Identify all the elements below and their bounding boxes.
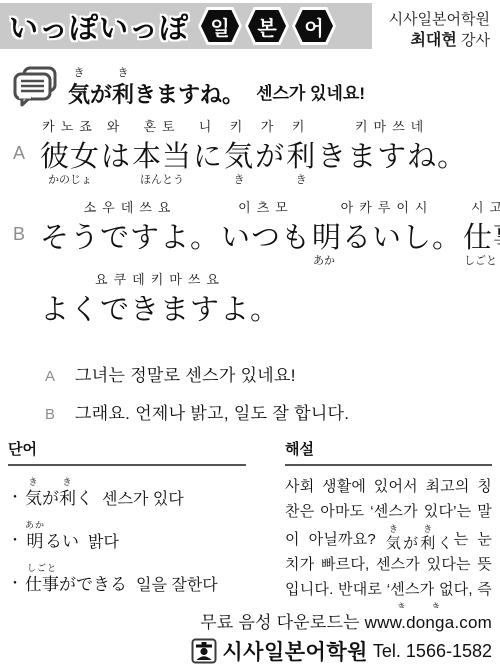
furigana: き [386, 524, 401, 534]
explanation-japanese: き気がき利く [385, 531, 454, 548]
korean-reading: 소우데쓰요 [40, 199, 220, 219]
ruby-segment: 키気き [224, 118, 254, 190]
speaker-label: A [45, 368, 75, 385]
furigana: しごと [25, 563, 59, 574]
furigana [76, 477, 93, 488]
instructor-name: 최대현 [410, 32, 456, 49]
speaker-label: B [13, 199, 40, 343]
ruby-segment: 니に [193, 118, 223, 190]
series-title: いっぽいっぽ [9, 6, 189, 47]
academy-name: 시사일본어학원 [372, 10, 490, 30]
ruby-segment: 이츠모いつも [221, 199, 311, 271]
japanese-text: 彼女 [40, 138, 100, 174]
ruby-segment: き気 [386, 524, 401, 552]
speaker-label: A [13, 118, 40, 190]
ruby-segment: き気 [68, 66, 90, 110]
japanese-text: 仕事も [463, 219, 500, 255]
korean-reading: 키 [286, 118, 316, 138]
furigana [221, 255, 311, 271]
badge-letter: 본 [248, 10, 286, 42]
japanese-text: きますね。 [317, 138, 467, 174]
translation-row: A 그녀는 정말로 센스가 있네요! [45, 361, 500, 386]
series-badge: 본 [245, 7, 289, 45]
explanation-heading: 해설 [285, 438, 492, 466]
instructor-role: 강사 [461, 32, 490, 49]
furigana: き [224, 174, 254, 190]
japanese-text: いつも [221, 219, 311, 255]
footer-tel: Tel. 1566-1582 [373, 641, 492, 662]
japanese-text: は [101, 138, 131, 174]
korean-reading: 이츠모 [221, 199, 311, 219]
academy-footer: 시사일본어학원 Tel. 1566-1582 [191, 636, 492, 666]
dialogue-line: 카노죠彼女かのじょ와は혼토本当ほんとう니に키気き가が키利き키마쓰네きますね。 [40, 118, 468, 190]
furigana: き [286, 174, 316, 190]
japanese-text: きますね。 [134, 80, 244, 110]
japanese-text: 仕事 [25, 574, 59, 597]
vocab-item: ・しごと仕事ができる일을 잘한다 [8, 563, 246, 597]
furigana: あか [312, 255, 462, 271]
korean-reading: 니 [193, 118, 223, 138]
korean-reading: 키마쓰네 [317, 118, 467, 138]
ruby-segment: き利 [420, 524, 435, 552]
japanese-text: 気 [386, 534, 401, 552]
korean-reading: 카노죠 [40, 118, 100, 138]
ruby-segment: 키마쓰네きますね。 [317, 118, 467, 190]
furigana: き [112, 66, 134, 80]
translation-row: B 그래요. 언제나 밝고, 일도 잘 합니다. [45, 399, 500, 424]
vocab-meaning: 센스가 있다 [102, 486, 184, 511]
japanese-text: 気 [224, 138, 254, 174]
korean-reading: 와 [101, 118, 131, 138]
japanese-text: が [42, 488, 59, 511]
ruby-segment: 시고토모仕事もしごと [463, 199, 500, 271]
japanese-text: に [193, 138, 223, 174]
dialogue-line: 요쿠데키마쓰요よくできますよ。 [40, 271, 500, 343]
translation-text: 그녀는 정말로 센스가 있네요! [75, 361, 296, 386]
furigana [317, 174, 467, 190]
download-url: www.donga.com [365, 613, 492, 632]
lesson-page: いっぽいっぽ 일본어 시사일본어학원 최대현 강사 き気がき利きますね。 센스가… [0, 3, 500, 667]
ruby-segment: 소우데쓰요そうですよ。 [40, 199, 220, 271]
bullet: ・ [8, 530, 25, 554]
vocab-list: ・き気がき利く센스가 있다・あか明るい밝다・しごと仕事ができる일을 잘한다 [8, 477, 246, 597]
furigana: き [420, 524, 435, 534]
vocab-item: ・あか明るい밝다 [8, 520, 246, 554]
vocab-japanese: しごと仕事ができる [25, 563, 127, 597]
ruby-segment: 가が [255, 118, 285, 190]
furigana [403, 524, 418, 534]
translations: A 그녀는 정말로 센스가 있네요! B 그래요. 언제나 밝고, 일도 잘 합… [0, 361, 500, 424]
furigana: き [25, 477, 42, 488]
ruby-segment: しごと仕事 [25, 563, 59, 597]
furigana: き [68, 66, 90, 80]
vocab-meaning: 일을 잘한다 [136, 572, 218, 597]
japanese-text: が [255, 138, 285, 174]
masthead-bar: いっぽいっぽ 일본어 [0, 3, 372, 49]
furigana [40, 255, 220, 271]
dialogue-lines: 소우데쓰요そうですよ。이츠모いつも아카루이시明るいし。あか시고토모仕事もしごと요… [40, 199, 500, 343]
instructor-line: 최대현 강사 [372, 30, 490, 52]
series-badge: 어 [292, 7, 336, 45]
ruby-segment: 아카루이시明るいし。あか [312, 199, 462, 271]
scholar-logo-icon [191, 638, 217, 664]
korean-reading: 시고토모 [463, 199, 500, 219]
footer-academy-name: 시사일본어학원 [222, 636, 368, 666]
bullet: ・ [8, 573, 25, 597]
dialogue-entry: A카노죠彼女かのじょ와は혼토本当ほんとう니に키気き가が키利き키마쓰네きますね。 [13, 118, 500, 190]
japanese-text: く [437, 534, 452, 552]
ruby-segment: く [437, 524, 452, 552]
badge-letter: 어 [295, 10, 333, 42]
japanese-text: 気 [68, 80, 90, 110]
ruby-segment: が [90, 66, 112, 110]
japanese-text: 明るいし。 [312, 219, 462, 255]
ruby-segment: 와は [101, 118, 131, 190]
key-phrase: き気がき利きますね。 센스가 있네요! [0, 65, 500, 110]
furigana [40, 327, 280, 343]
furigana [101, 174, 131, 190]
korean-reading: 요쿠데키마쓰요 [40, 271, 280, 291]
dialogue-lines: 카노죠彼女かのじょ와は혼토本当ほんとう니に키気き가が키利き키마쓰네きますね。 [40, 118, 468, 190]
japanese-text: 利 [420, 534, 435, 552]
bullet: ・ [8, 487, 25, 511]
series-badges: 일본어 [198, 7, 336, 45]
series-badge: 일 [198, 7, 242, 45]
japanese-text: 気 [25, 488, 42, 511]
vocab-heading: 단어 [8, 438, 246, 466]
ruby-segment: き利 [112, 66, 134, 110]
ruby-segment: き気 [25, 477, 42, 511]
download-info: 무료 음성 다운로드는 www.donga.com [191, 608, 492, 633]
ruby-segment: 키利き [286, 118, 316, 190]
furigana [42, 477, 59, 488]
ruby-segment: ができる [59, 563, 127, 597]
masthead: いっぽいっぽ 일본어 시사일본어학원 최대현 강사 [0, 3, 500, 52]
ruby-segment: く [76, 477, 93, 511]
furigana [45, 520, 79, 531]
ruby-segment: るい [45, 520, 79, 554]
japanese-text: 明 [25, 531, 45, 554]
translation-text: 그래요. 언제나 밝고, 일도 잘 합니다. [75, 399, 349, 424]
vocab-japanese: あか明るい [25, 520, 79, 554]
speaker-label: B [45, 406, 75, 423]
korean-reading: 혼토 [132, 118, 192, 138]
ruby-segment: 요쿠데키마쓰요よくできますよ。 [40, 271, 280, 343]
furigana [255, 174, 285, 190]
furigana: ほんとう [132, 174, 192, 190]
furigana [437, 524, 452, 534]
japanese-text: 本当 [132, 138, 192, 174]
japanese-text: ができる [59, 574, 127, 597]
vocab-item: ・き気がき利く센스가 있다 [8, 477, 246, 511]
ruby-segment: あか明 [25, 520, 45, 554]
japanese-text: く [76, 488, 93, 511]
download-label: 무료 음성 다운로드는 [200, 613, 359, 632]
japanese-text: よくできますよ。 [40, 291, 280, 327]
speech-bubbles-icon [12, 65, 58, 107]
japanese-text: が [90, 80, 112, 110]
ruby-segment: が [42, 477, 59, 511]
furigana: あか [25, 520, 45, 531]
ruby-segment: 혼토本当ほんとう [132, 118, 192, 190]
dialogue: A카노죠彼女かのじょ와は혼토本当ほんとう니に키気き가が키利き키마쓰네きますね。B… [0, 118, 500, 343]
japanese-text: るい [45, 531, 79, 554]
footer: 무료 음성 다운로드는 www.donga.com 시사일본어학원 Tel. 1… [191, 608, 492, 666]
furigana [134, 66, 244, 80]
korean-reading: 키 [224, 118, 254, 138]
japanese-text: が [403, 534, 418, 552]
vocab-japanese: き気がき利く [25, 477, 93, 511]
badge-letter: 일 [201, 10, 239, 42]
credit-block: 시사일본어학원 최대현 강사 [372, 3, 500, 52]
ruby-segment: が [403, 524, 418, 552]
japanese-text: 利 [59, 488, 76, 511]
korean-reading: 가 [255, 118, 285, 138]
ruby-segment: きますね。 [134, 66, 244, 110]
key-phrase-japanese: き気がき利きますね。 [68, 66, 244, 110]
ruby-segment: き利 [59, 477, 76, 511]
ruby-segment: 카노죠彼女かのじょ [40, 118, 100, 190]
vocab-meaning: 밝다 [88, 529, 119, 554]
furigana: かのじょ [40, 174, 100, 190]
furigana [90, 66, 112, 80]
furigana: しごと [463, 255, 500, 271]
korean-reading: 아카루이시 [312, 199, 462, 219]
japanese-text: 利 [286, 138, 316, 174]
furigana [59, 563, 127, 574]
dialogue-entry: B소우데쓰요そうですよ。이츠모いつも아카루이시明るいし。あか시고토모仕事もしごと… [13, 199, 500, 343]
key-phrase-korean: 센스가 있네요! [256, 79, 365, 110]
dialogue-line: 소우데쓰요そうですよ。이츠모いつも아카루이시明るいし。あか시고토모仕事もしごと [40, 199, 500, 271]
japanese-text: 利 [112, 80, 134, 110]
japanese-text: そうですよ。 [40, 219, 220, 255]
furigana [193, 174, 223, 190]
furigana: き [59, 477, 76, 488]
